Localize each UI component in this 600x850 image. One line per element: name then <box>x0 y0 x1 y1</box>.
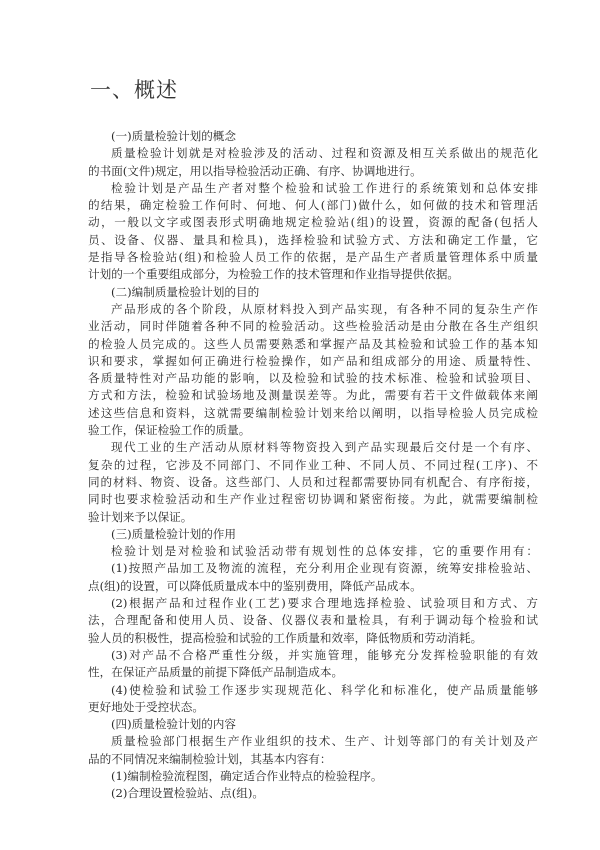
text-line: 质量检验部门根据生产作业组织的技术、生产、计划等部门的有关计划及产 <box>88 733 538 750</box>
text-line: 点(组)的设置，可以降低质量成本中的鉴别费用，降低产品成本。 <box>88 578 538 595</box>
text-line: (3)对产品不合格严重性分级，并实施管理，能够充分发挥检验职能的有效 <box>88 647 538 664</box>
document-body: (一)质量检验计划的概念质量检验计划就是对检验涉及的活动、过程和资源及相互关系做… <box>88 128 538 803</box>
text-line: 各质量特性对产品功能的影响，以及检验和试验的技术标准、检验和试验项目、 <box>88 370 538 387</box>
text-line: 复杂的过程，它涉及不同部门、不同作业工种、不同人员、不同过程(工序)、不 <box>88 457 538 474</box>
text-line: (2)根据产品和过程作业(工艺)要求合理地选择检验、试验项目和方式、方 <box>88 595 538 612</box>
text-line: 现代工业的生产活动从原材料等物资投入到产品实现最后交付是一个有序、 <box>88 439 538 456</box>
text-line: 产品形成的各个阶段，从原材料投入到产品实现，有各种不同的复杂生产作 <box>88 301 538 318</box>
text-line: 检验计划是产品生产者对整个检验和试验工作进行的系统策划和总体安排 <box>88 180 538 197</box>
text-line: (2)合理设置检验站、点(组)。 <box>88 785 538 802</box>
text-line: 的结果，确定检验工作何时、何地、何人(部门)做什么，如何做的技术和管理活 <box>88 197 538 214</box>
text-line: 性，在保证产品质量的前提下降低产品制造成本。 <box>88 664 538 681</box>
text-line: 业活动，同时伴随着各种不同的检验活动。这些检验活动是由分散在各生产组织 <box>88 318 538 335</box>
text-line: 法，合理配备和使用人员、设备、仪器仪表和量检具，有利于调动每个检验和试 <box>88 612 538 629</box>
text-line: 检验计划是对检验和试验活动带有规划性的总体安排，它的重要作用有： <box>88 543 538 560</box>
text-line: 述这些信息和资料，这就需要编制检验计划来给以阐明，以指导检验人员完成检 <box>88 405 538 422</box>
text-line: 员、设备、仪器、量具和检具)，选择检验和试验方式、方法和确定工作量，它 <box>88 232 538 249</box>
text-line: (四)质量检验计划的内容 <box>88 716 538 733</box>
text-line: 识和要求，掌握如何正确进行检验操作，如产品和组成部分的用途、质量特性、 <box>88 353 538 370</box>
text-line: (4)使检验和试验工作逐步实现规范化、科学化和标准化，使产品质量能够 <box>88 682 538 699</box>
text-line: 品的不同情况来编制检验计划，其基本内容有： <box>88 751 538 768</box>
text-line: 验计划来予以保证。 <box>88 509 538 526</box>
text-line: (二)编制质量检验计划的目的 <box>88 284 538 301</box>
section-title: 一、概述 <box>90 74 178 104</box>
text-line: 的检验人员完成的。这些人员需要熟悉和掌握产品及其检验和试验工作的基本知 <box>88 336 538 353</box>
text-line: 计划的一个重要组成部分，为检验工作的技术管理和作业指导提供依据。 <box>88 266 538 283</box>
text-line: 方式和方法，检验和试验场地及测量误差等。为此，需要有若干文件做载体来阐 <box>88 387 538 404</box>
text-line: 同时也要求检验活动和生产作业过程密切协调和紧密衔接。为此，就需要编制检 <box>88 491 538 508</box>
text-line: (1)按照产品加工及物流的流程，充分利用企业现有资源，统筹安排检验站、 <box>88 560 538 577</box>
text-line: 动，一般以文字或图表形式明确地规定检验站(组)的设置，资源的配备(包括人 <box>88 214 538 231</box>
text-line: (三)质量检验计划的作用 <box>88 526 538 543</box>
text-line: 验工作，保证检验工作的质量。 <box>88 422 538 439</box>
text-line: 验人员的积极性，提高检验和试验的工作质量和效率，降低物质和劳动消耗。 <box>88 630 538 647</box>
text-line: 质量检验计划就是对检验涉及的活动、过程和资源及相互关系做出的规范化 <box>88 145 538 162</box>
text-line: 的书面(文件)规定，用以指导检验活动正确、有序、协调地进行。 <box>88 163 538 180</box>
text-line: 是指导各检验站(组)和检验人员工作的依据，是产品生产者质量管理体系中质量 <box>88 249 538 266</box>
text-line: 更好地处于受控状态。 <box>88 699 538 716</box>
text-line: (1)编制检验流程图，确定适合作业特点的检验程序。 <box>88 768 538 785</box>
text-line: 同的材料、物资、设备。这些部门、人员和过程都需要协同有机配合、有序衔接， <box>88 474 538 491</box>
text-line: (一)质量检验计划的概念 <box>88 128 538 145</box>
